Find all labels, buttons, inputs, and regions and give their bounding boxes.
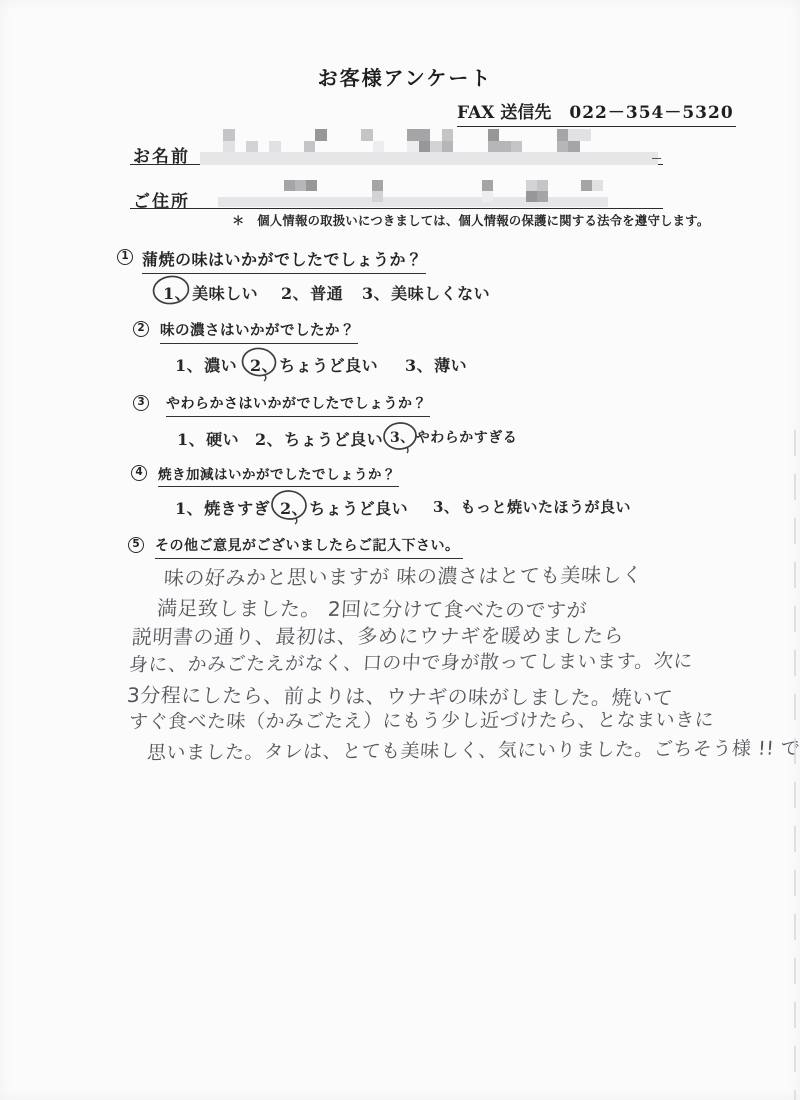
q3-option-1: 1、硬い (177, 427, 239, 450)
question-2-text: 味の濃さはいかがでしたか？ (160, 319, 358, 344)
handwritten-selection-circle-q2 (241, 347, 281, 383)
question-3-number: 3 (133, 395, 149, 411)
handwritten-selection-circle-q1 (151, 274, 191, 307)
handwritten-selection-circle-q4 (270, 489, 312, 527)
q3-option-2: 2、ちょうど良い (255, 427, 383, 450)
scanned-survey-page: お客様アンケート FAX 送信先022－354－5320 お名前 ご住所 ＊ 個… (0, 0, 800, 1100)
question-5-text: その他ご意見がございましたらご記入下さい。 (155, 535, 463, 559)
question-2-number: 2 (133, 321, 149, 337)
stray-underscore-mark (652, 158, 661, 159)
fax-label: FAX 送信先 (457, 103, 551, 123)
handwritten-line-3: 説明書の通り、最初は、多めにウナギを暖めましたら (131, 619, 625, 650)
handwritten-selection-circle-q3 (382, 421, 420, 455)
q4-option-3: 3、もっと焼いたほうが良い (433, 496, 631, 517)
handwritten-line-6: すぐ食べた味（かみごたえ）にもう少し近づけたら、となまいきに (128, 705, 715, 734)
q2-option-3: 3、薄い (405, 353, 467, 376)
q2-option-1: 1、濃い (175, 353, 237, 376)
question-4-text: 焼き加減はいかがでしたでしょうか？ (158, 463, 399, 487)
address-underline (130, 208, 663, 209)
handwritten-line-4: 身に、かみごたえがなく、口の中で身が散ってしまいます。次に (128, 646, 694, 677)
privacy-note: ＊ 個人情報の取扱いにつきましては、個人情報の保護に関する法令を遵守します。 (232, 211, 709, 229)
q1-option-2: 2、普通 (281, 281, 343, 304)
name-redacted-value (200, 129, 658, 166)
fax-line: FAX 送信先022－354－5320 (457, 98, 736, 127)
q1-option-3: 3、美味しくない (362, 281, 490, 304)
question-5-number: 5 (128, 537, 144, 553)
question-1-number: 1 (117, 249, 133, 265)
handwritten-line-2: 満足致しました。 2回に分けて食べたのですが (156, 592, 588, 623)
handwritten-line-1: 味の好みかと思いますが 味の濃さはとても美味しく (163, 559, 643, 591)
address-redacted-value (218, 180, 608, 208)
fax-number: 022－354－5320 (569, 103, 733, 123)
form-title: お客様アンケート (0, 62, 800, 91)
handwritten-line-7: 思いました。タレは、とても美味しく、気にいりました。ごちそう様 !! です (146, 733, 800, 765)
question-1-text: 蒲焼の味はいかがでしたでしょうか？ (142, 247, 426, 274)
question-3-text: やわらかさはいかがでしたでしょうか？ (166, 393, 430, 417)
scan-edge-artifact (794, 430, 796, 1100)
question-4-number: 4 (131, 465, 147, 481)
q4-option-1: 1、焼きすぎ (175, 496, 270, 519)
